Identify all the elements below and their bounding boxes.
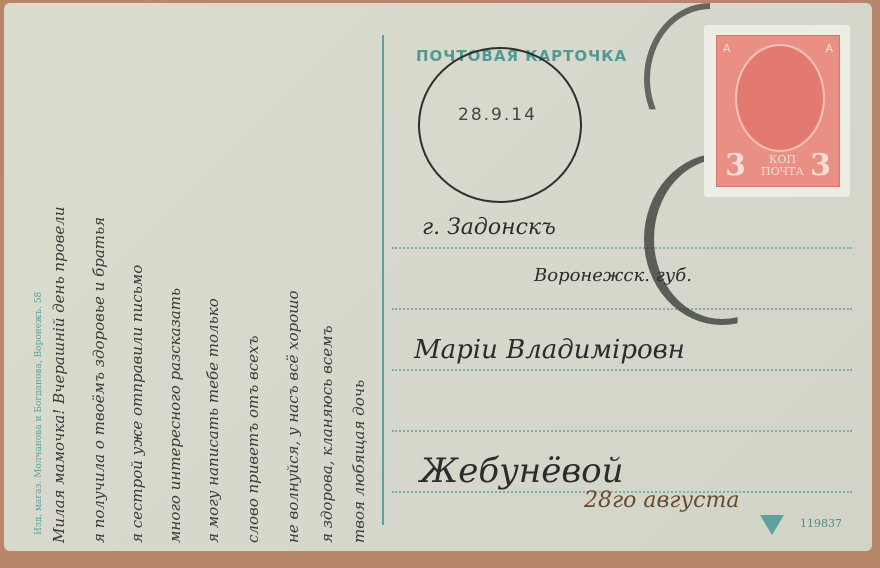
postcard: Изд. магаз. Молчанова и Богданова, Ворон… xyxy=(4,3,872,551)
address-line xyxy=(392,247,852,249)
address-line xyxy=(392,369,852,371)
message-column: Милая мамочка! Вчерашнiй день провели xyxy=(50,23,72,543)
postage-stamp: А А 3 3 КОППОЧТА xyxy=(704,25,850,197)
message-column: я могу написать тебе только xyxy=(204,23,226,543)
serial-number: 119837 xyxy=(800,517,842,530)
message-column: слово приветъ отъ всехъ xyxy=(244,23,266,543)
message-column: я получила о твоёмъ здоровье и братья xyxy=(90,23,112,543)
message-column: много интересного разсказать xyxy=(166,23,188,543)
postmark: 28.9.14 xyxy=(418,47,582,203)
maker-mark-icon xyxy=(760,515,784,535)
publisher-imprint: Изд. магаз. Молчанова и Богданова, Ворон… xyxy=(34,95,48,535)
address-surname: Жебунёвой xyxy=(420,451,623,491)
address-line xyxy=(392,308,852,310)
message-column: я здорова, кланяюсь всемъ xyxy=(318,23,340,543)
date-note: 28го августа xyxy=(584,488,739,513)
portrait-icon xyxy=(735,44,825,152)
address-line xyxy=(392,430,852,432)
message-column: твоя любящая дочь xyxy=(350,23,372,543)
postmark-date: 28.9.14 xyxy=(458,105,537,125)
message-column: не волнуйся, у насъ всё хорошо xyxy=(284,23,306,543)
message-column: я сестрой уже отправили письмо xyxy=(128,23,150,543)
address-region: Воронежск. губ. xyxy=(534,265,692,286)
address-city: г. Задонскъ xyxy=(422,215,556,240)
address-recipient: Марiи Владимiровн xyxy=(414,335,685,365)
card-divider xyxy=(382,35,384,525)
